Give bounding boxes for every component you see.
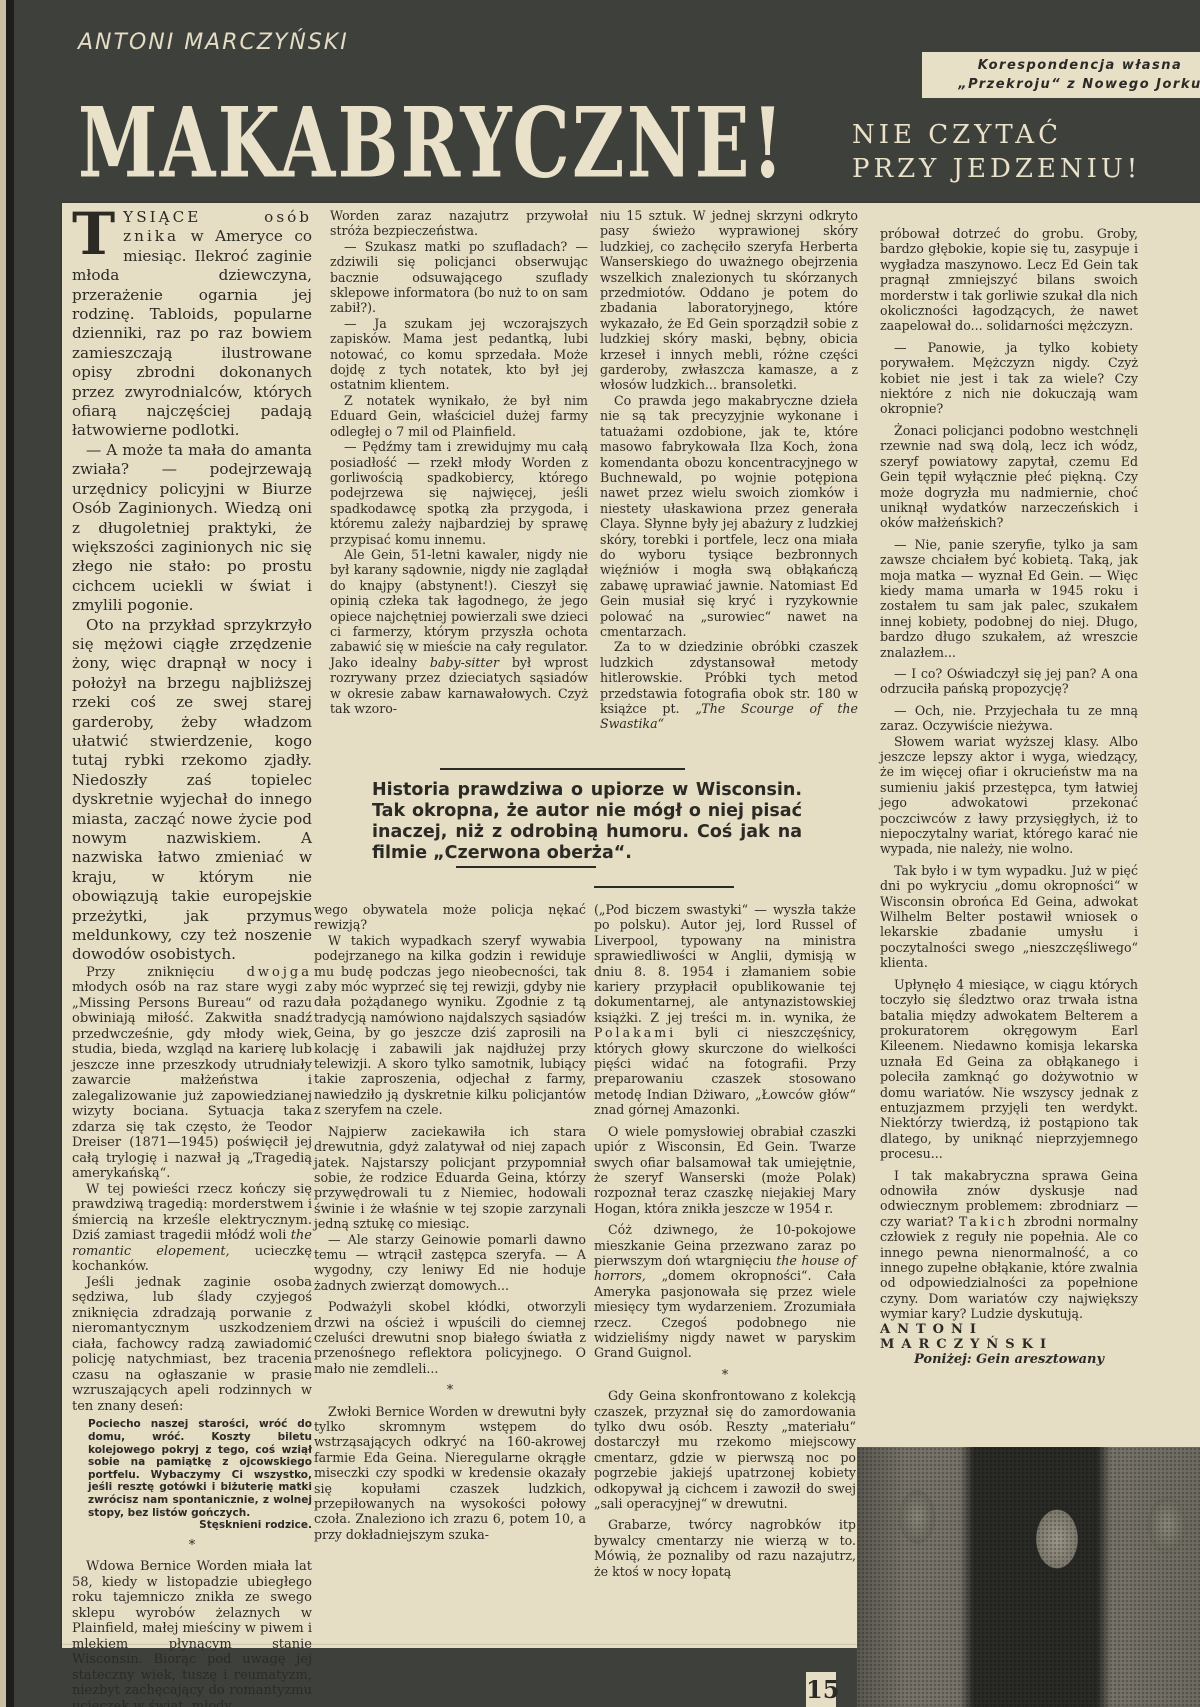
correspondence-line-1: Korespondencja własna	[922, 56, 1200, 75]
paragraph: I tak makabryczna sprawa Geina odnowiła …	[880, 1168, 1138, 1322]
paragraph: O wiele pomysłowiej obrabiał czaszki upi…	[594, 1124, 856, 1216]
paragraph: — Nie, panie szeryfie, tylko ja sam zaws…	[880, 537, 1138, 660]
pull-quote-rule-bottom-right	[594, 886, 734, 888]
paragraph: („Pod biczem swastyki“ — wyszła także po…	[594, 902, 856, 1118]
headline: MAKABRYCZNE!	[78, 86, 786, 199]
correspondence-label: Korespondencja własna „Przekroju“ z Nowe…	[922, 52, 1200, 98]
paragraph: Oto na przykład sprzykrzyło się mężowi c…	[72, 616, 312, 965]
article-column-4: próbował dotrzeć do grobu. Groby, bardzo…	[880, 226, 1138, 1368]
subheadline: NIE CZYTAĆ PRZY JEDZENIU!	[852, 118, 1141, 186]
paragraph: — Szukasz matki po szufladach? — zdziwil…	[330, 239, 588, 316]
paragraph: Podważyli skobel kłódki, otworzyli drzwi…	[314, 1299, 586, 1376]
paragraph: Grabarze, twórcy nagrobków itp bywalcy c…	[594, 1517, 856, 1579]
paragraph: Cóż dziwnego, że 10-pokojowe mieszkanie …	[594, 1222, 856, 1361]
section-star: *	[72, 1538, 312, 1554]
paragraph: W takich wypadkach szeryf wywabia podejr…	[314, 933, 586, 1118]
pull-quote: Historia prawdziwa o upiorze w Wisconsin…	[372, 780, 802, 864]
paragraph: Z notatek wynikało, że był nim Eduard Ge…	[330, 393, 588, 439]
paragraph: — Och, nie. Przyjechała tu ze mną zaraz.…	[880, 703, 1138, 734]
paragraph: Wdowa Bernice Worden miała lat 58, kiedy…	[72, 1559, 312, 1707]
paragraph: Tak było i w tym wypadku. Już w pięć dni…	[880, 863, 1138, 971]
section-star: *	[314, 1382, 586, 1397]
paragraph: — I co? Oświadczył się jej pan? A ona od…	[880, 666, 1138, 697]
paragraph: próbował dotrzeć do grobu. Groby, bardzo…	[880, 226, 1138, 334]
page-number: 15	[806, 1672, 836, 1707]
paragraph: Jeśli jednak zaginie osoba sędziwa, lub …	[72, 1275, 312, 1415]
article-column-2-bottom: wego obywatela może policja nękać rewizj…	[314, 902, 586, 1542]
paragraph: — Ja szukam jej wczorajszych zapisków. M…	[330, 316, 588, 393]
paragraph: wego obywatela może policja nękać rewizj…	[314, 902, 586, 933]
paragraph: Ale Gein, 51-letni kawaler, nigdy nie by…	[330, 547, 588, 716]
photo-caption: Poniżej: Gein aresztowany	[880, 1352, 1138, 1367]
paragraph: Za to w dziedzinie obróbki czaszek ludzk…	[600, 639, 858, 731]
correspondence-line-2: „Przekroju“ z Nowego Jorku	[922, 75, 1200, 94]
paragraph: niu 15 sztuk. W jednej skrzyni odkryto p…	[600, 208, 858, 393]
author-byline-top: ANTONI MARCZYŃSKI	[78, 30, 349, 55]
paragraph: — A może ta mała do amanta zwiała? — pod…	[72, 441, 312, 616]
paragraph: Co prawda jego makabryczne dzieła nie są…	[600, 393, 858, 640]
paragraph: Przy zniknięciu dwojga młodych osób na r…	[72, 965, 312, 1182]
lead-paragraph: TYSIĄCE osób znika w Ameryce co miesiąc.…	[72, 208, 312, 441]
article-column-3-top: niu 15 sztuk. W jednej skrzyni odkryto p…	[600, 208, 858, 732]
paragraph: — Ale starzy Geinowie pomarli dawno temu…	[314, 1232, 586, 1294]
pull-quote-rule-top	[440, 768, 685, 770]
paragraph: Słowem wariat wyższej klasy. Albo jeszcz…	[880, 734, 1138, 857]
subhead-line-1: NIE CZYTAĆ	[852, 118, 1141, 152]
photo-gein-arrested	[857, 1447, 1200, 1707]
section-star: *	[594, 1367, 856, 1382]
dropcap: T	[72, 210, 115, 258]
paragraph: Zwłoki Bernice Worden w drewutni były ty…	[314, 1404, 586, 1543]
paragraph: W tej powieści rzecz kończy się prawdziw…	[72, 1182, 312, 1275]
paragraph: Upłynęło 4 miesiące, w ciągu których toc…	[880, 977, 1138, 1162]
notice-signature: Stęsknieni rodzice.	[88, 1519, 312, 1532]
paragraph: Najpierw zaciekawiła ich stara drewutnia…	[314, 1124, 586, 1232]
article-column-3-bottom: („Pod biczem swastyki“ — wyszła także po…	[594, 902, 856, 1579]
paragraph: Żonaci policjanci podobno westchnęli rze…	[880, 423, 1138, 531]
subhead-line-2: PRZY JEDZENIU!	[852, 152, 1141, 186]
author-signature: ANTONI MARCZYŃSKI	[880, 1322, 1138, 1353]
article-column-1: TYSIĄCE osób znika w Ameryce co miesiąc.…	[72, 208, 312, 1707]
pull-quote-rule-bottom-left	[456, 866, 596, 868]
paragraph: — Panowie, ja tylko kobiety porywałem. M…	[880, 340, 1138, 417]
page-edge-dark	[6, 0, 14, 1707]
parents-notice: Pociecho naszej starości, wróć do domu, …	[88, 1418, 312, 1531]
paragraph: Gdy Geina skonfrontowano z kolekcją czas…	[594, 1388, 856, 1511]
article-column-2-top: Worden zaraz nazajutrz przywołał stróża …	[330, 208, 588, 716]
paragraph: Worden zaraz nazajutrz przywołał stróża …	[330, 208, 588, 239]
paragraph: — Pędźmy tam i zrewidujmy mu całą posiad…	[330, 439, 588, 547]
